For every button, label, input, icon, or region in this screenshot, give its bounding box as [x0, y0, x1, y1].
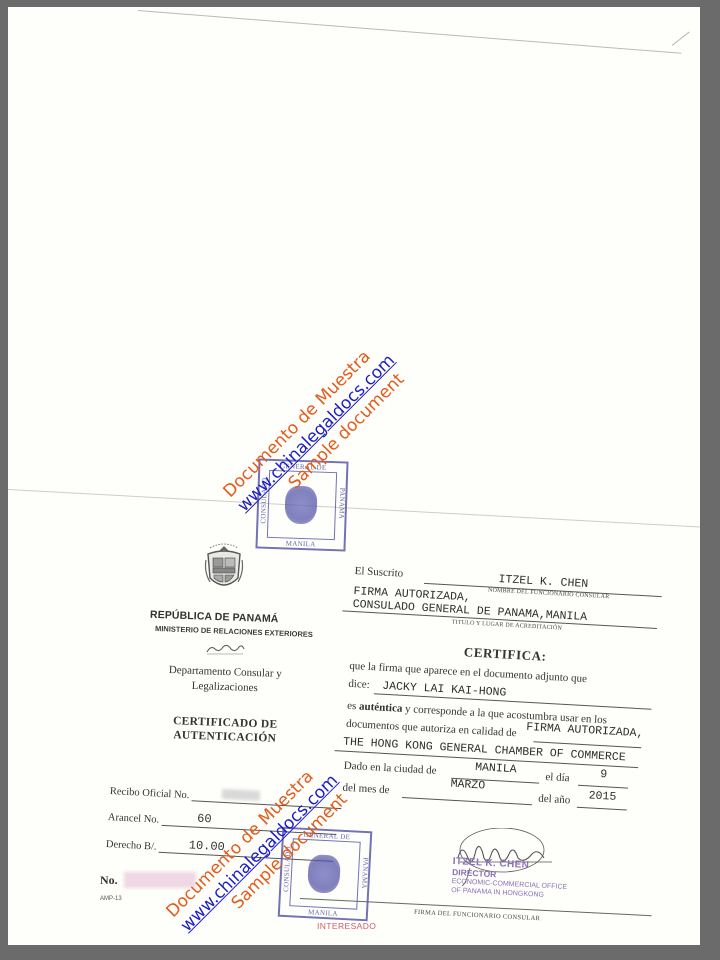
ornament-flourish-icon [205, 643, 245, 655]
year-label: del año [538, 793, 571, 807]
paper-fold-line-middle [8, 489, 700, 528]
year-line: 2015 [577, 789, 628, 811]
number-label: No. [100, 873, 118, 888]
paper-fold-corner [672, 32, 690, 46]
year-value: 2015 [588, 789, 616, 804]
seal-bottom-text: MANILA [258, 538, 344, 549]
department-name: Departamento Consular y Legalizaciones [150, 662, 301, 697]
day-value: 9 [600, 768, 608, 781]
dice-label: dice: [348, 678, 370, 691]
text-autentica: auténtica [359, 700, 403, 714]
day-line: 9 [578, 767, 629, 789]
receipt-value-redacted [222, 789, 260, 801]
official-signature-stamp: ITZEL K. CHEN DIRECTOR ECONOMIC-COMMERCI… [451, 856, 569, 901]
day-label: el día [545, 771, 570, 784]
certification-block: El Suscrito ITZEL K. CHEN NOMBRE DEL FUN… [342, 565, 665, 817]
panama-coat-of-arms-icon [202, 540, 246, 596]
seal-right-text: PANAMA [337, 487, 346, 519]
city-label: Dado en la ciudad de [343, 760, 436, 777]
suscrito-label: El Suscrito [354, 565, 403, 580]
text-es: es [347, 700, 357, 712]
form-code: AMP-13 [100, 896, 122, 902]
interesado-stamp: INTERESADO [317, 921, 376, 931]
city-value: MANILA [475, 761, 517, 776]
month-value: MARZO [450, 778, 485, 793]
certificate-title: CERTIFICADO DE AUTENTICACIÓN [160, 714, 291, 747]
paper-fold-line-top [138, 10, 681, 54]
seal-right-text: PANAMA [360, 857, 370, 889]
